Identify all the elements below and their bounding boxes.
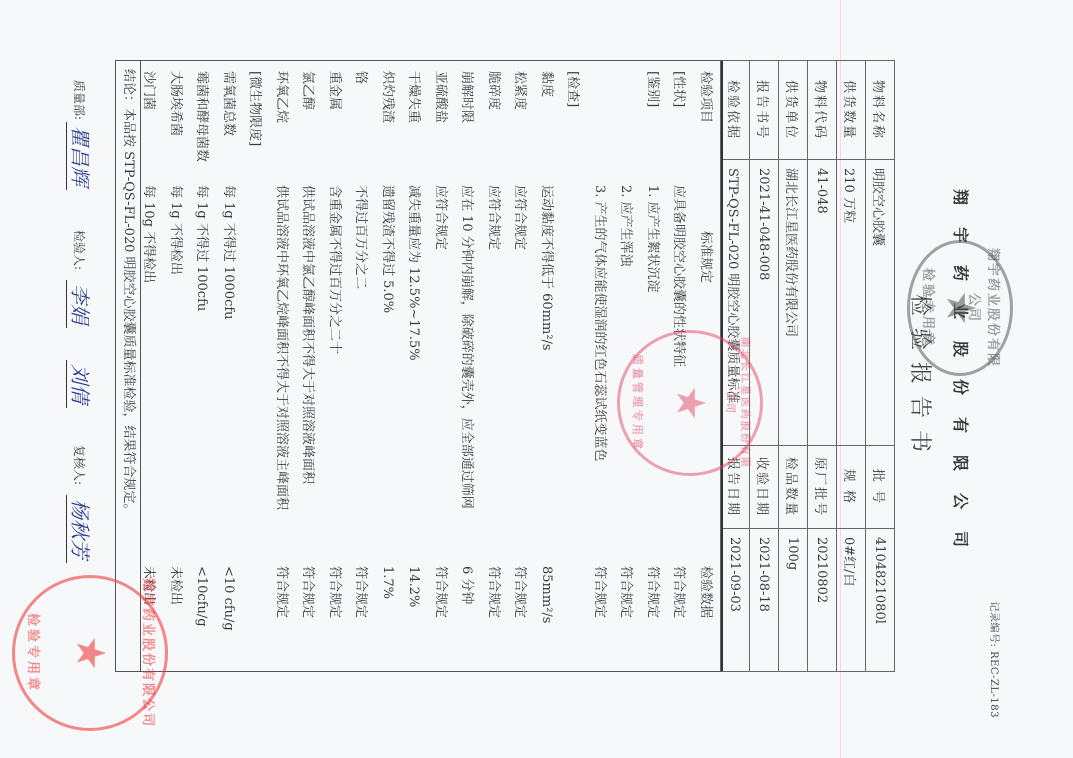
inspector-signature-2: 刘倩 bbox=[66, 360, 96, 408]
item-standard: 减失重量应为 12.5%~17.5% bbox=[404, 185, 424, 361]
inspector-signature-1: 李娟 bbox=[66, 280, 96, 328]
company-name: 翔宇药业股份有限公司 bbox=[950, 0, 973, 758]
reviewer-label: 复核人: bbox=[71, 445, 88, 485]
supplier-quality-stamp: 湖北长江星医药股份有限公司 ★ 质量管理专用章 bbox=[617, 330, 763, 476]
inspection-item-row: 大肠埃希菌每 1g 不得检出未检出 bbox=[165, 61, 185, 671]
item-result: 符合规定 bbox=[430, 566, 450, 618]
item-name: [性状] bbox=[669, 71, 689, 107]
conclusion: 结论：本品按 STP-QS-FL-020 明胶空心胶囊质量标准检验，结果符合规定… bbox=[116, 61, 141, 671]
info-value2: 2021-08-18 bbox=[750, 529, 779, 672]
inspection-item-row: 松紧度应符合规定符合规定 bbox=[510, 61, 530, 671]
item-standard: 每 1g 不得过 1000cfu bbox=[218, 185, 238, 320]
item-standard: 每 1g 不得检出 bbox=[165, 185, 185, 275]
info-value: 湖北长江星医药股份有限公司 bbox=[779, 160, 808, 446]
quality-dept-signature: 瞿昌辉 bbox=[66, 122, 96, 190]
item-result: 符合规定 bbox=[324, 566, 344, 618]
inspection-report-page: 记录编号: REC-ZL-183 翔宇药业股份有限公司 检验报告书 物料名称明胶… bbox=[0, 0, 1073, 758]
item-standard: 3. 产生的气体应能使湿润的红色石蕊试纸变蓝色 bbox=[589, 185, 609, 462]
info-label: 供货数量 bbox=[837, 61, 866, 160]
record-number: 记录编号: REC-ZL-183 bbox=[988, 602, 1003, 718]
item-result: 符合规定 bbox=[589, 566, 609, 618]
item-standard: 供试品溶液中环氧乙烷峰面积不得大于对照溶液主峰面积 bbox=[271, 185, 291, 510]
info-value: 明胶空心胶囊 bbox=[866, 160, 895, 446]
info-label2: 检品数量 bbox=[779, 446, 808, 529]
inspection-item-row: [微生物限度] bbox=[245, 61, 265, 671]
inspection-item-row: 氯乙醇供试品溶液中氯乙醇峰面积不得大于对照溶液峰面积符合规定 bbox=[298, 61, 318, 671]
item-standard: 应符合规定 bbox=[430, 185, 450, 250]
info-label: 报告书号 bbox=[750, 61, 779, 160]
info-value2: 20210802 bbox=[808, 529, 837, 672]
info-value2: 0#红/白 bbox=[837, 529, 866, 672]
item-standard: 运动黏度不得低于 60mm²/s bbox=[536, 185, 556, 351]
star-icon: ★ bbox=[670, 385, 710, 421]
stamp-bottom-text: 质量管理专用章 bbox=[630, 333, 646, 473]
inspection-item-row: [检查] bbox=[563, 61, 583, 671]
item-result: <10 cfu/g bbox=[218, 566, 238, 631]
item-result: 符合规定 bbox=[351, 566, 371, 618]
inspection-item-row: 干燥失重减失重量应为 12.5%~17.5%14.2% bbox=[404, 61, 424, 671]
item-result: 1.7% bbox=[377, 566, 397, 599]
item-result: 符合规定 bbox=[298, 566, 318, 618]
item-name: 黏度 bbox=[536, 71, 556, 97]
item-result: 符合规定 bbox=[616, 566, 636, 618]
item-name: 检验项目 bbox=[695, 71, 715, 123]
stamp-bottom-text: 检验专用章 bbox=[920, 243, 939, 373]
item-name: [微生物限度] bbox=[245, 71, 265, 146]
item-standard: 遗留残渣不得过 5.0% bbox=[377, 185, 397, 313]
item-standard: 含重金属不得过百万分之二十 bbox=[324, 185, 344, 354]
inspection-item-row: 环氧乙烷供试品溶液中环氧乙烷峰面积不得大于对照溶液主峰面积符合规定 bbox=[271, 61, 291, 671]
inspection-item-row: 炽灼残渣遗留残渣不得过 5.0%1.7% bbox=[377, 61, 397, 671]
info-value2: 2021-09-03 bbox=[721, 529, 750, 672]
inspection-item-row: 崩解时限应在 10 分钟内崩解，除破碎的囊壳外，应全部通过筛网6 分钟 bbox=[457, 61, 477, 671]
item-name: 霉菌和酵母菌数 bbox=[192, 71, 212, 162]
info-value: 210 万粒 bbox=[837, 160, 866, 446]
star-icon: ★ bbox=[70, 635, 110, 671]
item-result: 14.2% bbox=[404, 566, 424, 607]
item-name: 炽灼残渣 bbox=[377, 71, 397, 123]
stamp-ring-text: 翔宇药业股份有限公司 bbox=[966, 243, 1004, 373]
item-standard: 不得过百万分之二 bbox=[351, 185, 371, 289]
item-standard: 应符合规定 bbox=[510, 185, 530, 250]
info-label2: 批 号 bbox=[866, 446, 895, 529]
info-label2: 规 格 bbox=[837, 446, 866, 529]
item-result: 符合规定 bbox=[271, 566, 291, 618]
info-label2: 原厂批号 bbox=[808, 446, 837, 529]
inspection-item-row: 铬不得过百万分之二符合规定 bbox=[351, 61, 371, 671]
item-name: 铬 bbox=[351, 71, 371, 84]
item-name: 干燥失重 bbox=[404, 71, 424, 123]
info-row: 物料名称明胶空心胶囊批 号4104821080l bbox=[866, 61, 895, 672]
item-name: 环氧乙烷 bbox=[271, 71, 291, 123]
stamp-ring-text: 湖北长江星医药股份有限公司 bbox=[724, 333, 754, 473]
item-standard: 应在 10 分钟内崩解，除破碎的囊壳外，应全部通过筛网 bbox=[457, 185, 477, 509]
item-result: 未检出 bbox=[165, 566, 185, 605]
item-standard: 1. 应产生絮状沉淀 bbox=[642, 185, 662, 293]
inspection-stamp-gray: 翔宇药业股份有限公司 ★ 检验专用章 bbox=[907, 240, 1013, 376]
info-label: 物料名称 bbox=[866, 61, 895, 160]
item-result: 6 分钟 bbox=[457, 566, 477, 604]
info-row: 供货单位湖北长江星医药股份有限公司检品数量100g bbox=[779, 61, 808, 672]
info-row: 物料代码41-048原厂批号20210802 bbox=[808, 61, 837, 672]
inspection-item-row: 重金属含重金属不得过百万分之二十符合规定 bbox=[324, 61, 344, 671]
info-value2: 100g bbox=[779, 529, 808, 672]
item-result: 85mm²/s bbox=[536, 566, 556, 623]
item-result: <10cfu/g bbox=[192, 566, 212, 627]
stamp-bottom-text: 检验专用章 bbox=[25, 578, 44, 728]
item-name: 松紧度 bbox=[510, 71, 530, 110]
item-result: 检验数据 bbox=[695, 566, 715, 618]
item-standard: 每 10g 不得检出 bbox=[139, 185, 159, 283]
document-title: 检验报告书 bbox=[906, 0, 937, 758]
quality-dept-label: 质量部: bbox=[71, 80, 88, 120]
info-value2: 4104821080l bbox=[866, 529, 895, 672]
item-standard: 应符合规定 bbox=[483, 185, 503, 250]
info-label: 物料代码 bbox=[808, 61, 837, 160]
inspection-item-row: 亚硫酸盐应符合规定符合规定 bbox=[430, 61, 450, 671]
item-standard: 供试品溶液中氯乙醇峰面积不得大于对照溶液峰面积 bbox=[298, 185, 318, 484]
inspection-item-row: 脆碎度应符合规定符合规定 bbox=[483, 61, 503, 671]
item-name: [鉴别] bbox=[642, 71, 662, 107]
reviewer-signature: 杨秋芳 bbox=[66, 495, 96, 563]
item-result: 符合规定 bbox=[642, 566, 662, 618]
item-result: 符合规定 bbox=[669, 566, 689, 618]
item-result: 符合规定 bbox=[483, 566, 503, 618]
item-name: 沙门菌 bbox=[139, 71, 159, 110]
info-label: 检验依据 bbox=[721, 61, 750, 160]
inspector-label: 检验人: bbox=[71, 230, 88, 270]
stamp-ring-text: 翔宇药业股份有限公司 bbox=[140, 578, 159, 728]
info-value: 41-048 bbox=[808, 160, 837, 446]
inspection-stamp-red: 翔宇药业股份有限公司 ★ 检验专用章 bbox=[12, 575, 168, 731]
inspection-item-row: 3. 产生的气体应能使湿润的红色石蕊试纸变蓝色符合规定 bbox=[589, 61, 609, 671]
item-name: 亚硫酸盐 bbox=[430, 71, 450, 123]
item-name: 脆碎度 bbox=[483, 71, 503, 110]
item-standard: 2. 应产生浑浊 bbox=[616, 185, 636, 267]
inspection-item-row: 霉菌和酵母菌数每 1g 不得过 100cfu<10cfu/g bbox=[192, 61, 212, 671]
inspection-item-row: 需氧菌总数每 1g 不得过 1000cfu<10 cfu/g bbox=[218, 61, 238, 671]
item-name: 大肠埃希菌 bbox=[165, 71, 185, 136]
item-standard: 标准规定 bbox=[695, 231, 715, 283]
item-name: 需氧菌总数 bbox=[218, 71, 238, 136]
item-name: 崩解时限 bbox=[457, 71, 477, 123]
item-standard: 每 1g 不得过 100cfu bbox=[192, 185, 212, 311]
item-result: 符合规定 bbox=[510, 566, 530, 618]
info-row: 供货数量210 万粒规 格0#红/白 bbox=[837, 61, 866, 672]
item-name: [检查] bbox=[563, 71, 583, 107]
inspection-item-row: 黏度运动黏度不得低于 60mm²/s85mm²/s bbox=[536, 61, 556, 671]
item-name: 重金属 bbox=[324, 71, 344, 110]
item-name: 氯乙醇 bbox=[298, 71, 318, 110]
info-label: 供货单位 bbox=[779, 61, 808, 160]
